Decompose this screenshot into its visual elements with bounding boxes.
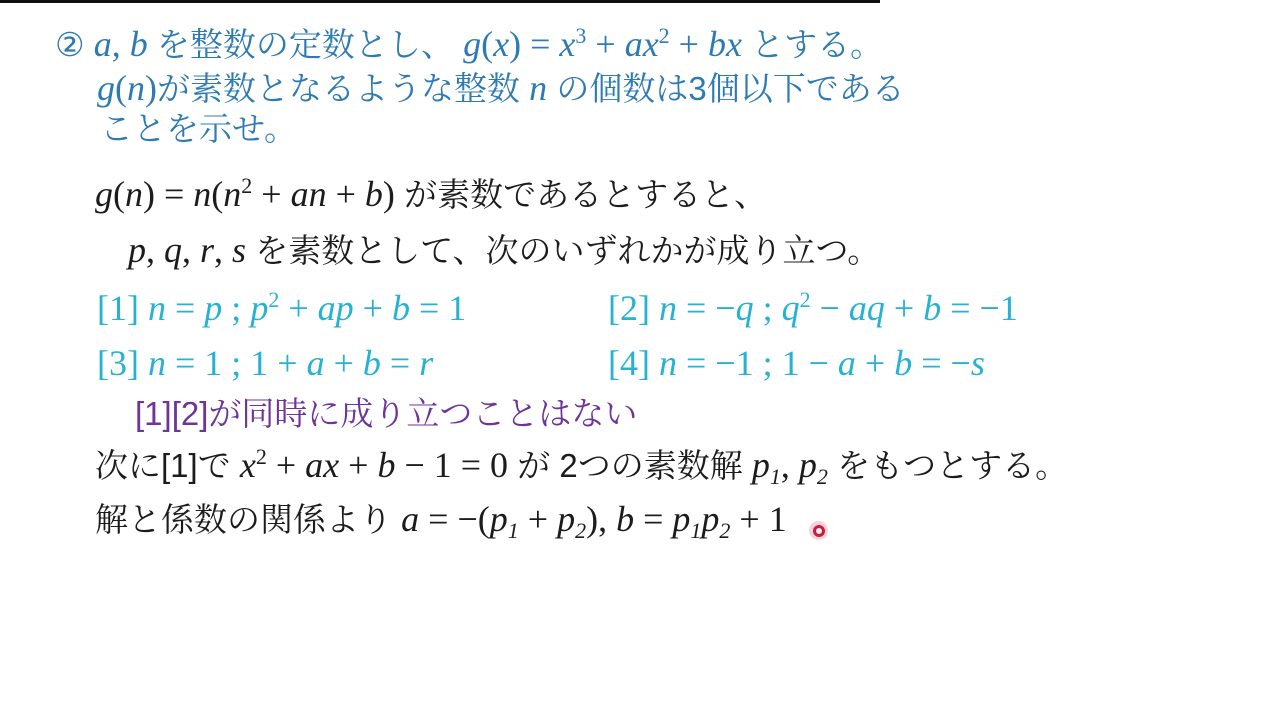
text-segment: が 2つの素数解 — [508, 447, 752, 484]
text-segment: を整数の定数とし、 — [148, 26, 463, 63]
problem-statement-line-3: ことを示せ。 — [100, 110, 297, 148]
text-segment: + — [885, 288, 923, 328]
text-segment: x — [240, 445, 256, 485]
text-segment: = − — [912, 343, 971, 383]
text-segment: + — [267, 445, 305, 485]
text-segment: = — [634, 499, 672, 539]
note-cases-mutually-exclusive: [1][2]が同時に成り立つことはない — [135, 395, 637, 433]
case-3: [3] n = 1 ; 1 + a + b = r — [97, 343, 433, 384]
text-segment: n — [659, 343, 677, 383]
text-segment: + — [327, 174, 365, 214]
text-segment: − — [811, 288, 849, 328]
lecture-slide: ② a, b を整数の定数とし、 g(x) = x3 + ax2 + bx とす… — [0, 0, 1280, 720]
text-segment: b — [392, 288, 410, 328]
text-segment: ② — [55, 26, 94, 63]
text-segment: ), — [586, 499, 616, 539]
text-segment: = −( — [419, 499, 490, 539]
text-segment: aq — [849, 288, 885, 328]
text-segment: 解と係数の関係より — [95, 501, 401, 538]
text-segment: + — [856, 343, 894, 383]
text-segment: n — [127, 68, 145, 108]
text-segment: b — [923, 288, 941, 328]
text-segment: ) = — [143, 174, 193, 214]
text-segment: + — [279, 288, 317, 328]
text-segment: = — [381, 343, 419, 383]
text-segment: ; — [222, 288, 250, 328]
text-segment: ) — [145, 68, 157, 108]
text-segment: 1 — [508, 518, 519, 543]
text-segment: 2 — [268, 287, 279, 312]
text-segment: n — [125, 174, 143, 214]
text-segment: 2 — [719, 518, 730, 543]
text-segment: [3] — [97, 343, 148, 383]
text-segment: , — [112, 24, 130, 64]
text-segment: p — [128, 230, 146, 270]
text-segment: + — [519, 499, 557, 539]
text-segment: = 1 — [410, 288, 466, 328]
text-segment: [4] — [608, 343, 659, 383]
text-segment: をもつとする。 — [828, 447, 1068, 484]
text-segment: 1 — [690, 518, 701, 543]
text-segment: = −1 ; 1 − — [677, 343, 838, 383]
text-segment: p — [799, 445, 817, 485]
text-segment: b — [365, 174, 383, 214]
text-segment: = — [166, 288, 204, 328]
text-segment: , — [182, 230, 200, 270]
text-segment: が素数となるような整数 — [157, 70, 529, 107]
text-segment: p — [672, 499, 690, 539]
text-segment: q — [782, 288, 800, 328]
text-segment: とする。 — [742, 26, 883, 63]
laser-pointer-dot — [813, 525, 825, 537]
text-segment: bx — [708, 24, 742, 64]
problem-statement-line-2: g(n)が素数となるような整数 n の個数は3個以下である — [97, 68, 905, 109]
text-segment: n — [223, 174, 241, 214]
text-segment: 1 — [770, 464, 781, 489]
text-segment: b — [130, 24, 148, 64]
solution-line-quadratic-roots: 次に[1]で x2 + ax + b − 1 = 0 が 2つの素数解 p1, … — [95, 445, 1068, 486]
case-4: [4] n = −1 ; 1 − a + b = −s — [608, 343, 985, 384]
solution-line-factorization: g(n) = n(n2 + an + b) が素数であるとすると、 — [95, 174, 767, 215]
text-segment: = − — [677, 288, 736, 328]
text-segment: 3 — [575, 23, 586, 48]
case-1: [1] n = p ; p2 + ap + b = 1 — [97, 288, 466, 329]
text-segment: ax — [305, 445, 339, 485]
text-segment: r — [419, 343, 433, 383]
text-segment: b — [363, 343, 381, 383]
text-segment: q — [164, 230, 182, 270]
text-segment: a — [94, 24, 112, 64]
text-segment: ap — [318, 288, 354, 328]
text-segment: [1] — [97, 288, 148, 328]
text-segment: an — [291, 174, 327, 214]
solution-line-primes-intro: p, q, r, s を素数として、次のいずれかが成り立つ。 — [128, 230, 880, 271]
text-segment: 2 — [817, 464, 828, 489]
text-segment: a — [838, 343, 856, 383]
text-segment: ことを示せ。 — [100, 110, 297, 147]
text-segment: g — [95, 174, 113, 214]
text-segment: + — [670, 24, 708, 64]
text-segment: ( — [115, 68, 127, 108]
text-segment: r — [200, 230, 214, 270]
text-segment: 2 — [241, 173, 252, 198]
video-edge-artifact — [0, 0, 880, 3]
text-segment: + — [252, 174, 290, 214]
text-segment: , — [214, 230, 232, 270]
text-segment: a — [307, 343, 325, 383]
text-segment: s — [971, 343, 985, 383]
text-segment: + 1 — [730, 499, 786, 539]
text-segment: ) = — [509, 24, 559, 64]
text-segment: − 1 = 0 — [395, 445, 508, 485]
text-segment: s — [232, 230, 246, 270]
text-segment: + — [586, 24, 624, 64]
text-segment: + — [339, 445, 377, 485]
problem-statement-line-1: ② a, b を整数の定数とし、 g(x) = x3 + ax2 + bx とす… — [55, 24, 883, 65]
text-segment: g — [463, 24, 481, 64]
text-segment: 2 — [800, 287, 811, 312]
text-segment: 2 — [659, 23, 670, 48]
text-segment: = 1 ; 1 + — [166, 343, 307, 383]
text-segment: が素数であるとすると、 — [395, 176, 767, 213]
text-segment: n — [529, 68, 547, 108]
text-segment: p — [250, 288, 268, 328]
text-segment: b — [894, 343, 912, 383]
text-segment: ( — [113, 174, 125, 214]
text-segment: 2 — [575, 518, 586, 543]
text-segment: ax — [625, 24, 659, 64]
text-segment: n — [193, 174, 211, 214]
text-segment: ) — [383, 174, 395, 214]
text-segment: = −1 — [941, 288, 1018, 328]
case-2: [2] n = −q ; q2 − aq + b = −1 — [608, 288, 1018, 329]
text-segment: p — [204, 288, 222, 328]
text-segment: 2 — [256, 444, 267, 469]
text-segment: b — [377, 445, 395, 485]
text-segment: b — [616, 499, 634, 539]
text-segment: p — [490, 499, 508, 539]
text-segment: g — [97, 68, 115, 108]
text-segment: の個数は3個以下である — [547, 70, 905, 107]
text-segment: + — [354, 288, 392, 328]
text-segment: ( — [211, 174, 223, 214]
text-segment: , — [781, 445, 799, 485]
text-segment: を素数として、次のいずれかが成り立つ。 — [246, 232, 880, 269]
text-segment: p — [557, 499, 575, 539]
solution-line-vieta: 解と係数の関係より a = −(p1 + p2), b = p1p2 + 1 — [95, 499, 787, 540]
text-segment: n — [659, 288, 677, 328]
text-segment: x — [493, 24, 509, 64]
text-segment: ; — [754, 288, 782, 328]
text-segment: ( — [481, 24, 493, 64]
text-segment: [2] — [608, 288, 659, 328]
text-segment: 次に[1]で — [95, 447, 240, 484]
text-segment: n — [148, 343, 166, 383]
text-segment: [1][2]が同時に成り立つことはない — [135, 395, 637, 432]
text-segment: q — [736, 288, 754, 328]
text-segment: p — [752, 445, 770, 485]
text-segment: n — [148, 288, 166, 328]
text-segment: + — [325, 343, 363, 383]
text-segment: x — [559, 24, 575, 64]
text-segment: a — [401, 499, 419, 539]
text-segment: p — [701, 499, 719, 539]
text-segment: , — [146, 230, 164, 270]
